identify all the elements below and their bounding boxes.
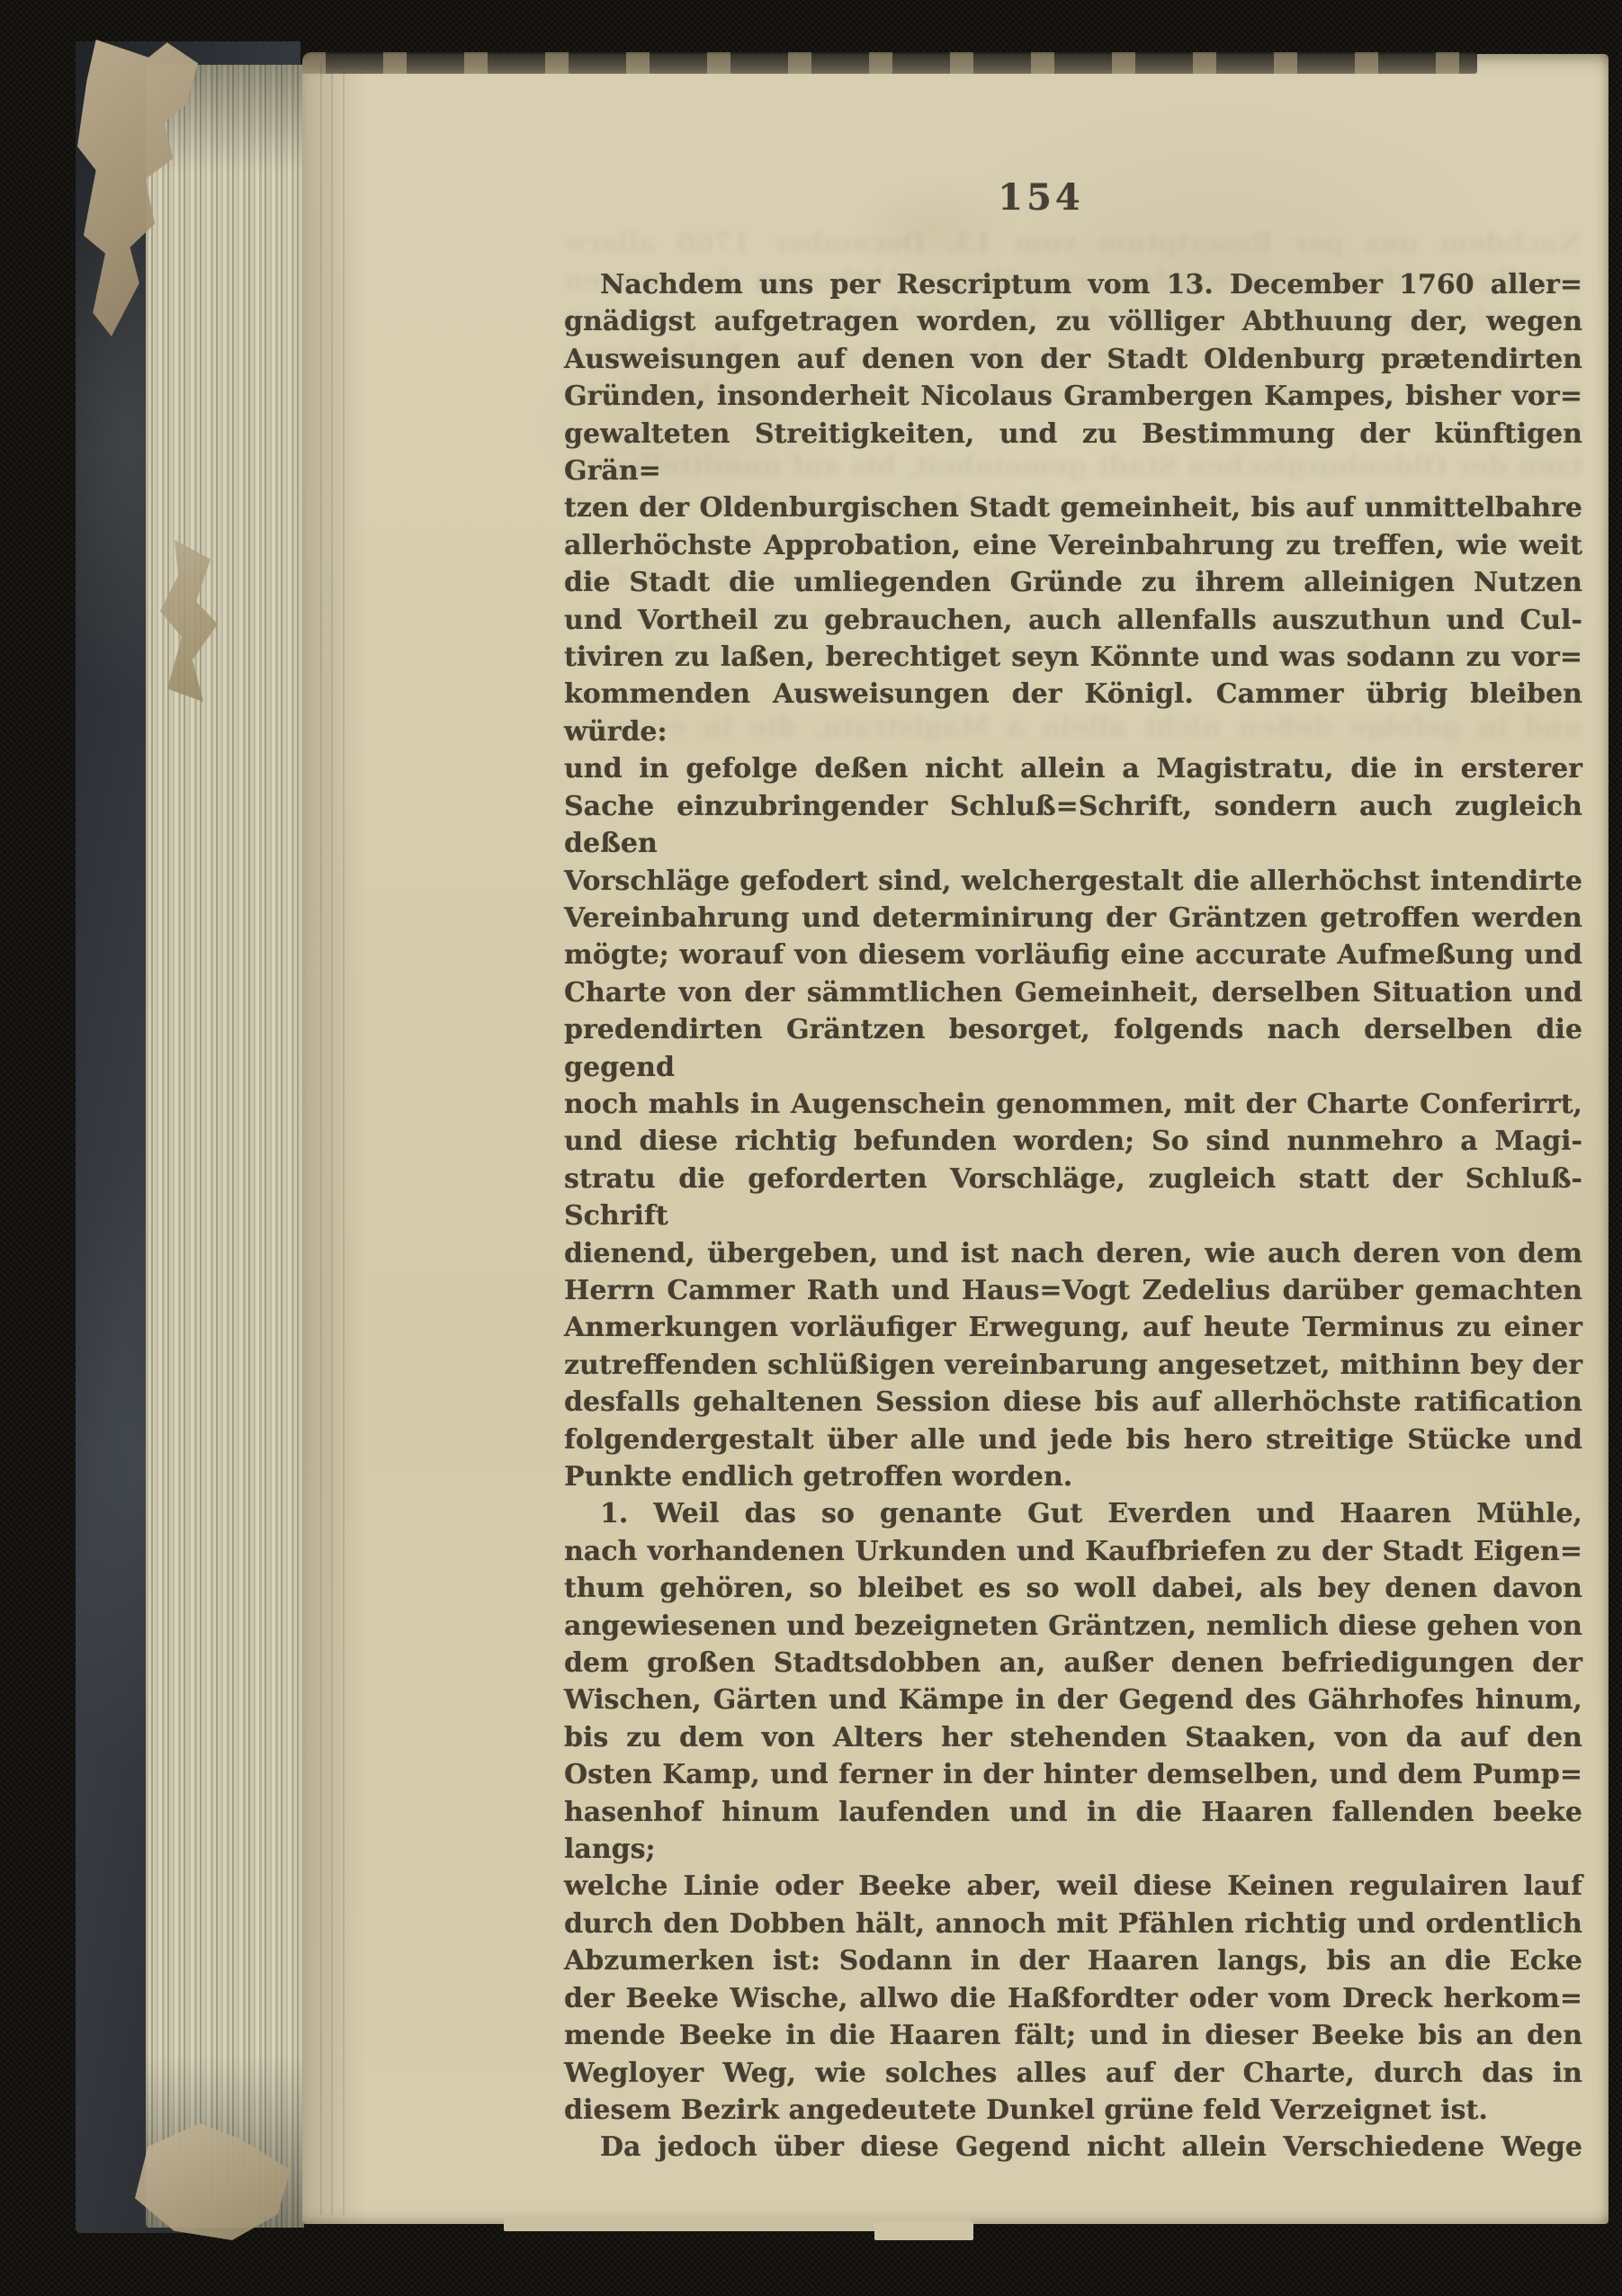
- text-line: Anmerkungen vorläufiger Erwegung, auf he…: [564, 1309, 1582, 1346]
- text-line: bis zu dem von Alters her stehenden Staa…: [564, 1719, 1582, 1756]
- page-text: Nachdem uns per Rescriptum vom 13. Decem…: [564, 266, 1582, 2166]
- text-line: und diese richtig befunden worden; So si…: [564, 1123, 1582, 1160]
- text-line: Gründen, insonderheit Nicolaus Gramberge…: [564, 378, 1582, 415]
- text-line: der Beeke Wische, allwo die Haßfordter o…: [564, 1980, 1582, 2017]
- text-line: tiviren zu laßen, berechtiget seyn Könnt…: [564, 639, 1582, 676]
- text-line: nach vorhandenen Urkunden und Kaufbriefe…: [564, 1533, 1582, 1570]
- text-line: dem großen Stadtsdobben an, außer denen …: [564, 1645, 1582, 1682]
- text-line: Da jedoch über diese Gegend nicht allein…: [564, 2129, 1582, 2166]
- text-line: mende Beeke in die Haaren fält; und in d…: [564, 2017, 1582, 2054]
- page-fold-line: [331, 63, 333, 2215]
- text-line: und in gefolge deßen nicht allein a Magi…: [564, 750, 1582, 787]
- text-line: Vorschläge gefodert sind, welchergestalt…: [564, 863, 1582, 900]
- text-line: gewalteten Streitigkeiten, und zu Bestim…: [564, 416, 1582, 490]
- under-sheet-edge: [874, 2222, 973, 2240]
- text-line: allerhöchste Approbation, eine Vereinbah…: [564, 527, 1582, 564]
- page-fold-line: [343, 63, 345, 2215]
- text-line: die Stadt die umliegenden Gründe zu ihre…: [564, 564, 1582, 601]
- text-line: folgendergestalt über alle und jede bis …: [564, 1422, 1582, 1458]
- text-line: angewiesenen und bezeigneten Gräntzen, n…: [564, 1608, 1582, 1645]
- text-line: Osten Kamp, und ferner in der hinter dem…: [564, 1756, 1582, 1793]
- text-line: noch mahls in Augenschein genommen, mit …: [564, 1086, 1582, 1123]
- text-line: hasenhof hinum laufenden und in die Haar…: [564, 1794, 1582, 1869]
- text-line: dienend, übergeben, und ist nach deren, …: [564, 1235, 1582, 1272]
- text-line: Sache einzubringender Schluß=Schrift, so…: [564, 788, 1582, 863]
- text-line: mögte; worauf von diesem vorläufig eine …: [564, 937, 1582, 973]
- text-line: 1. Weil das so genante Gut Everden und H…: [564, 1495, 1582, 1532]
- text-line: tzen der Oldenburgischen Stadt gemeinhei…: [564, 489, 1582, 526]
- text-line: Abzumerken ist: Sodann in der Haaren lan…: [564, 1942, 1582, 1979]
- text-line: Punkte endlich getroffen worden.: [564, 1458, 1582, 1495]
- text-line: durch den Dobben hält, annoch mit Pfähle…: [564, 1906, 1582, 1942]
- text-line: welche Linie oder Beeke aber, weil diese…: [564, 1868, 1582, 1905]
- page-number: 154: [564, 176, 1518, 219]
- text-line: und Vortheil zu gebrauchen, auch allenfa…: [564, 602, 1582, 639]
- text-line: predendirten Gräntzen besorget, folgends…: [564, 1011, 1582, 1086]
- text-line: Charte von der sämmtlichen Gemeinheit, d…: [564, 974, 1582, 1011]
- page-fold-line: [320, 63, 322, 2215]
- text-line: Wischen, Gärten und Kämpe in der Gegend …: [564, 1682, 1582, 1718]
- text-line: zutreffenden schlüßigen vereinbarung ang…: [564, 1347, 1582, 1384]
- text-line: Nachdem uns per Rescriptum vom 13. Decem…: [564, 266, 1582, 303]
- text-line: Wegloyer Weg, wie solches alles auf der …: [564, 2055, 1582, 2092]
- fanned-page-edges: [146, 65, 304, 2228]
- text-line: Herrn Cammer Rath und Haus=Vogt Zedelius…: [564, 1272, 1582, 1309]
- text-line: diesem Bezirk angedeutete Dunkel grüne f…: [564, 2092, 1582, 2129]
- text-line: Ausweisungen auf denen von der Stadt Old…: [564, 341, 1582, 378]
- text-line: kommenden Ausweisungen der Königl. Camme…: [564, 676, 1582, 750]
- page-top-shadow-edge: [302, 52, 1477, 74]
- text-line: stratu die geforderten Vorschläge, zugle…: [564, 1161, 1582, 1235]
- text-line: thum gehören, so bleibet es so woll dabe…: [564, 1570, 1582, 1607]
- text-line: gnädigst aufgetragen worden, zu völliger…: [564, 303, 1582, 340]
- text-line: Vereinbahrung und determinirung der Grän…: [564, 900, 1582, 937]
- text-line: desfalls gehaltenen Session diese bis au…: [564, 1384, 1582, 1421]
